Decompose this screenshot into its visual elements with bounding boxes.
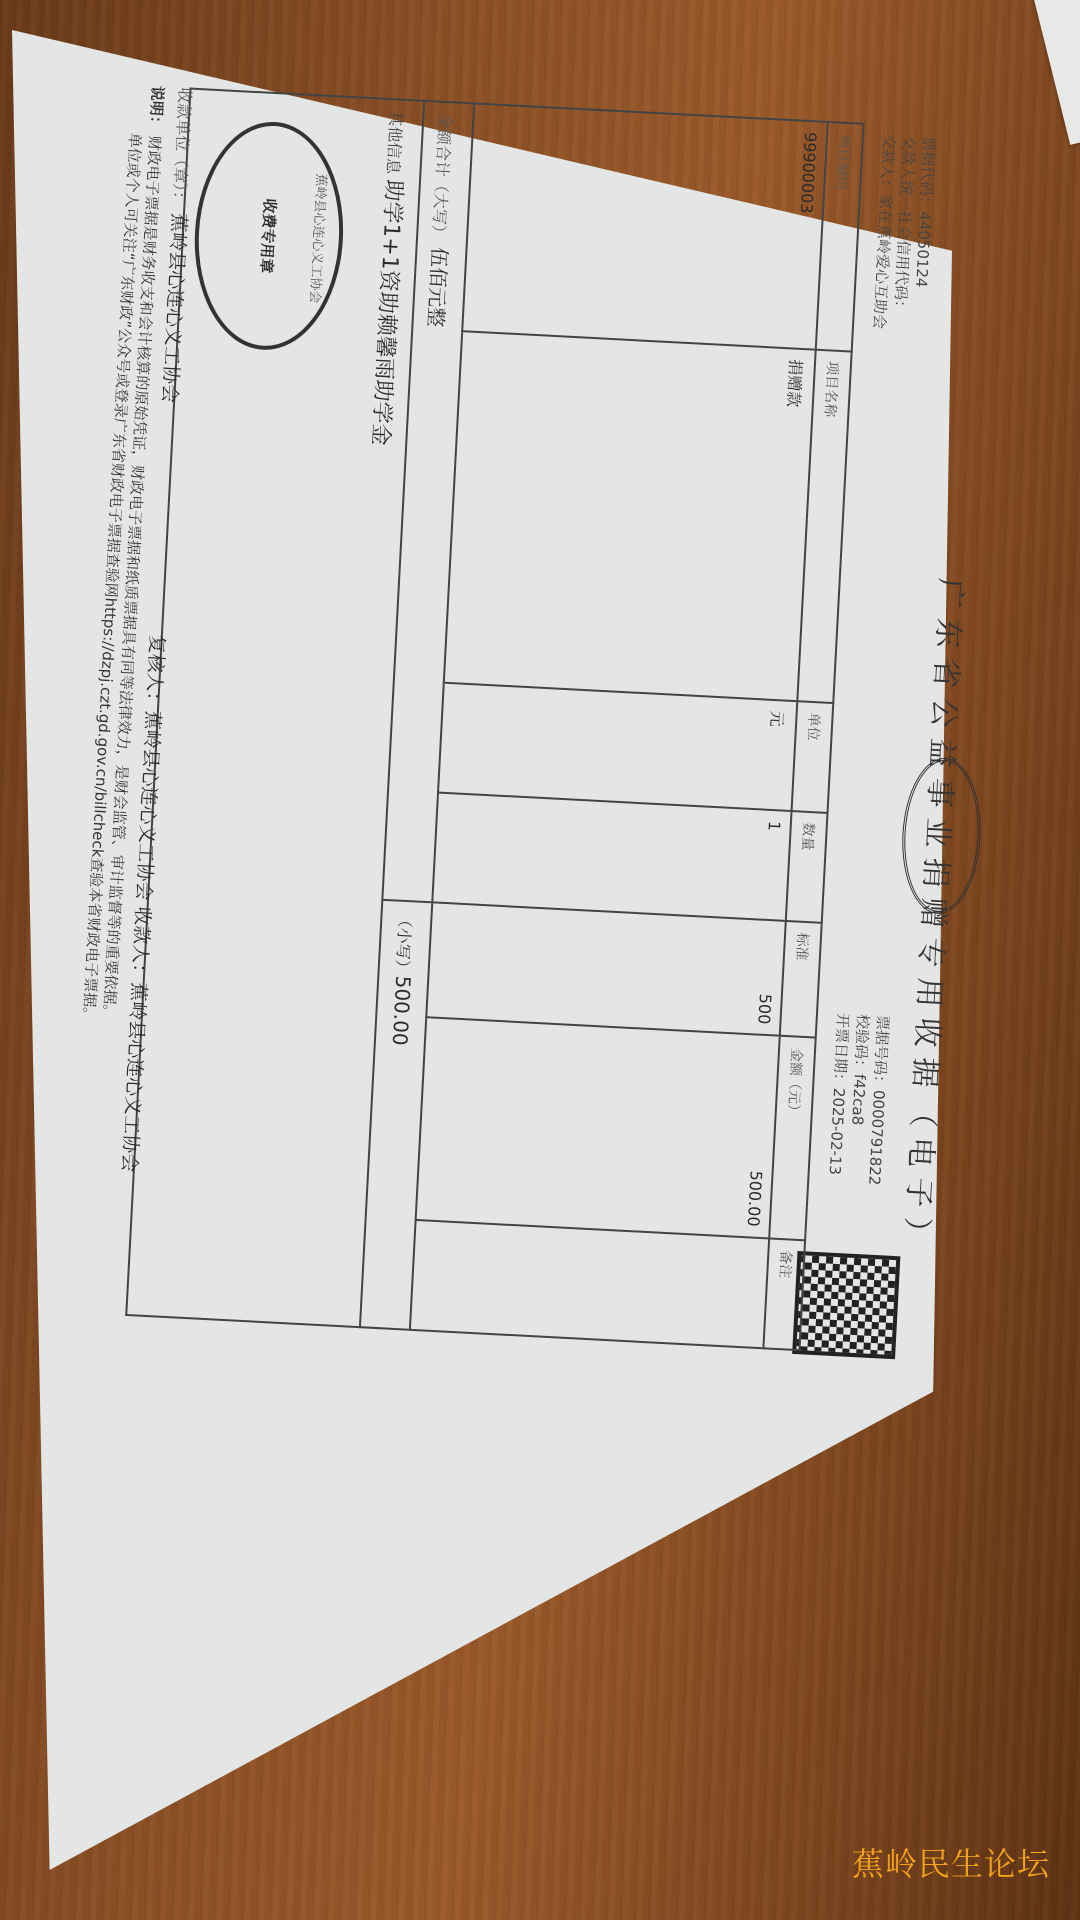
other-info-label: 其他信息 [383,110,405,175]
reviewer: 蕉岭县心连心义工协会 [132,710,164,901]
collector: 蕉岭县心连心义工协会 [158,213,190,404]
issue-date: 2025-02-13 [826,1087,849,1175]
total-small: 500.00 [388,975,416,1046]
cell-name: 捐赠款 [444,331,816,701]
payee: 蕉岭县心连心义工协会 [118,982,150,1173]
total-small-label: （小写） [392,911,414,976]
seal-center-text: 收费专用章 [254,165,282,306]
bill-code-label: 票据代码： [916,136,938,212]
receipt-meta-left: 票据代码：44050124 交款人统一社会信用代码： 交款人：家在蕉岭爱心互助会 [869,134,939,332]
header-unit: 单位 [792,701,834,813]
bill-no-label: 票据号码： [870,1015,892,1091]
reviewer-label: 复核人： [142,634,168,711]
total-label: 金额合计（大写） [429,112,455,241]
cell-amount: 500.00 [416,1018,780,1239]
donation-receipt: 广东省公益事业捐赠专用收据（电子） 票据代码：44050124 交款人统一社会信… [25,73,1000,1568]
cell-standard: 500 [426,902,786,1036]
check-code: f42ca8 [848,1074,869,1126]
cell-code: 99900003 [462,103,827,349]
bill-code: 44050124 [912,211,934,288]
table-row: 99900003 捐赠款 元 1 500 500.00 [410,103,828,1348]
cell-qty: 1 [432,792,791,920]
receipt-meta-right: 票据号码：0000791822 校验码：f42ca8 开票日期：2025-02-… [824,1012,893,1185]
other-info-text: 助学1+1资助赖馨雨助学金 [367,179,406,446]
bill-no: 0000791822 [865,1090,888,1186]
cell-unit: 元 [438,682,797,810]
payee-label: 收款人： [128,906,154,983]
payer-label: 交款人： [877,134,898,195]
total-words: 伍佰元整 [424,247,452,328]
collector-label: 收款单位（章）： [169,87,194,208]
qr-code-icon [792,1251,900,1359]
cell-remark [410,1220,769,1348]
header-qty: 数量 [786,811,828,923]
issue-date-label: 开票日期： [830,1013,852,1089]
note-label: 说明： [146,85,166,131]
check-code-label: 校验码： [851,1014,872,1075]
header-standard: 标准 [780,921,822,1038]
forum-watermark: 蕉岭民生论坛 [852,1839,1050,1885]
header-remark: 备注 [763,1238,805,1350]
